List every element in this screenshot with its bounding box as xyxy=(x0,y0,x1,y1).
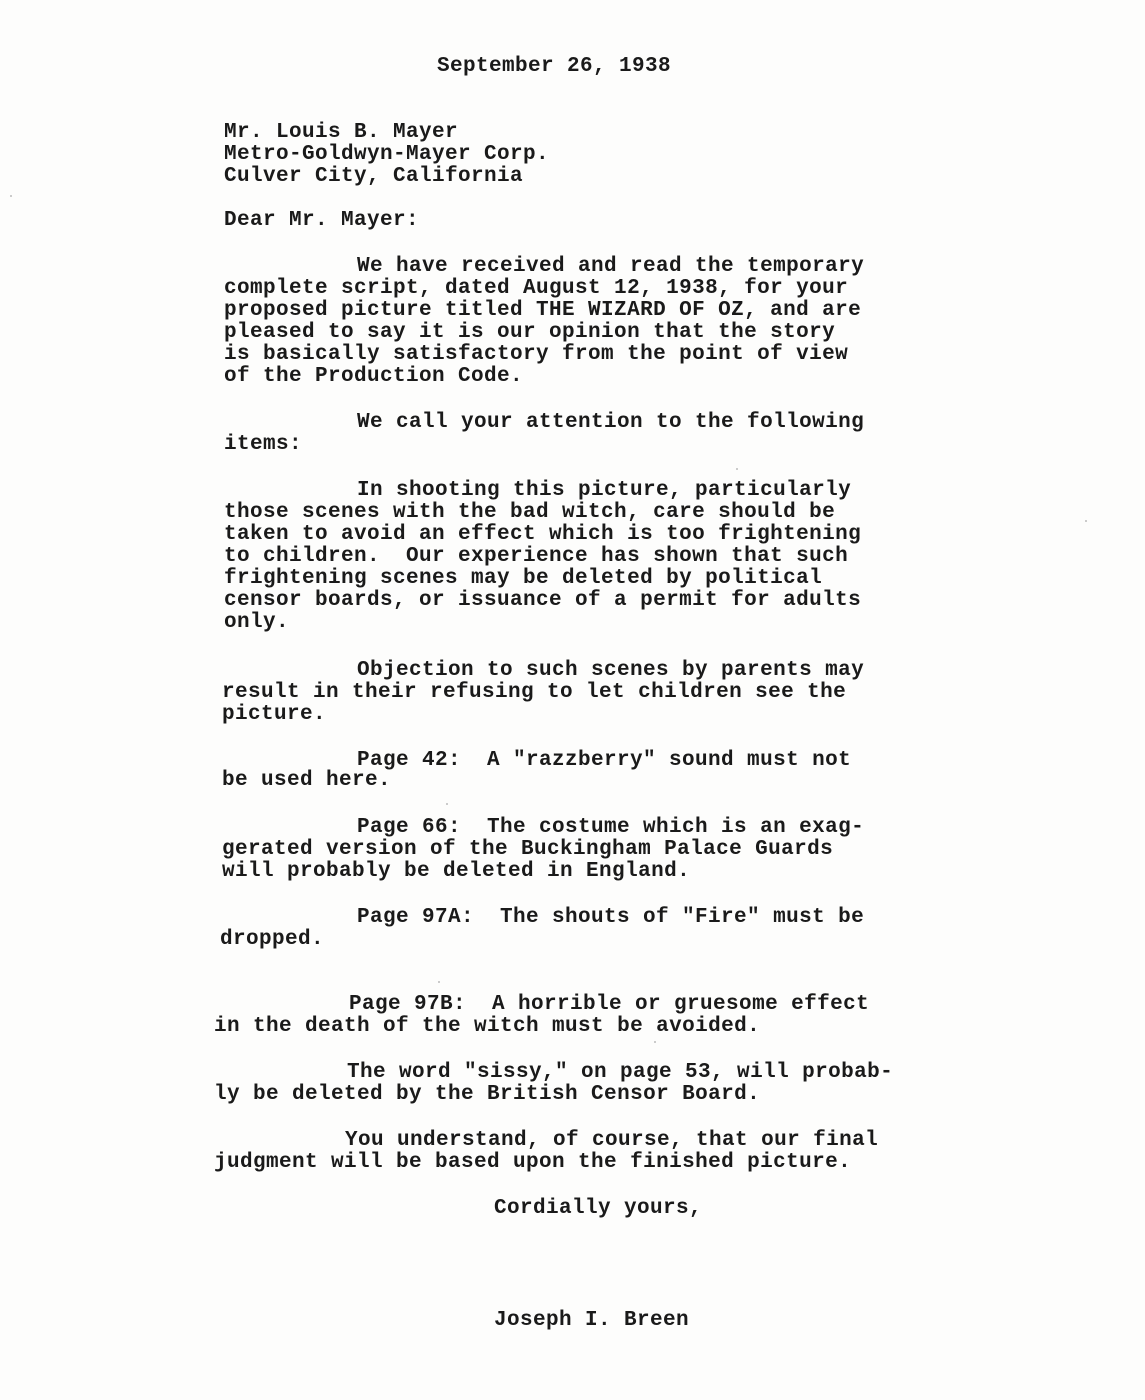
paragraph-line: Objection to such scenes by parents may xyxy=(357,660,864,682)
paragraph-line: result in their refusing to let children… xyxy=(222,682,846,704)
salutation: Dear Mr. Mayer: xyxy=(224,210,419,232)
letter-date: September 26, 1938 xyxy=(437,56,671,78)
letter-page: September 26, 1938 Mr. Louis B. Mayer Me… xyxy=(0,0,1145,1400)
recipient-address: Culver City, California xyxy=(224,166,523,188)
paragraph-line: is basically satisfactory from the point… xyxy=(224,344,848,366)
paper-speck xyxy=(438,981,440,983)
paragraph-line: dropped. xyxy=(220,929,324,951)
paragraph-line: picture. xyxy=(222,704,326,726)
paragraph-line: complete script, dated August 12, 1938, … xyxy=(224,278,848,300)
paragraph-line: The word "sissy," on page 53, will proba… xyxy=(347,1062,893,1084)
paper-speck xyxy=(654,1041,656,1043)
paper-speck xyxy=(446,803,448,805)
paper-speck xyxy=(736,468,738,470)
paragraph-line: pleased to say it is our opinion that th… xyxy=(224,322,835,344)
paragraph-line: We have received and read the temporary xyxy=(357,256,864,278)
paragraph-line: gerated version of the Buckingham Palace… xyxy=(222,839,833,861)
paragraph-line: Page 42: A "razzberry" sound must not xyxy=(357,750,851,772)
paragraph-line: We call your attention to the following xyxy=(357,412,864,434)
paragraph-line: in the death of the witch must be avoide… xyxy=(214,1016,760,1038)
paragraph-line: items: xyxy=(224,434,302,456)
paragraph-line: Page 97B: A horrible or gruesome effect xyxy=(349,994,869,1016)
paragraph-line: only. xyxy=(224,612,289,634)
paragraph-line: Page 97A: The shouts of "Fire" must be xyxy=(357,907,864,929)
closing: Cordially yours, xyxy=(494,1198,702,1220)
paragraph-line: be used here. xyxy=(222,770,391,792)
paragraph-line: In shooting this picture, particularly xyxy=(357,480,851,502)
paragraph-line: judgment will be based upon the finished… xyxy=(214,1152,851,1174)
paragraph-line: taken to avoid an effect which is too fr… xyxy=(224,524,861,546)
paragraph-line: proposed picture titled THE WIZARD OF OZ… xyxy=(224,300,861,322)
paragraph-line: ly be deleted by the British Censor Boar… xyxy=(214,1084,760,1106)
signature: Joseph I. Breen xyxy=(494,1310,689,1332)
paragraph-line: censor boards, or issuance of a permit f… xyxy=(224,590,861,612)
paragraph-line: Page 66: The costume which is an exag- xyxy=(357,817,864,839)
paper-speck xyxy=(10,195,12,197)
paragraph-line: to children. Our experience has shown th… xyxy=(224,546,848,568)
paragraph-line: those scenes with the bad witch, care sh… xyxy=(224,502,835,524)
paragraph-line: will probably be deleted in England. xyxy=(222,861,690,883)
paragraph-line: frightening scenes may be deleted by pol… xyxy=(224,568,822,590)
recipient-company: Metro-Goldwyn-Mayer Corp. xyxy=(224,144,549,166)
paragraph-line: of the Production Code. xyxy=(224,366,523,388)
paper-speck xyxy=(1085,520,1087,522)
paragraph-line: You understand, of course, that our fina… xyxy=(345,1130,878,1152)
recipient-name: Mr. Louis B. Mayer xyxy=(224,122,458,144)
